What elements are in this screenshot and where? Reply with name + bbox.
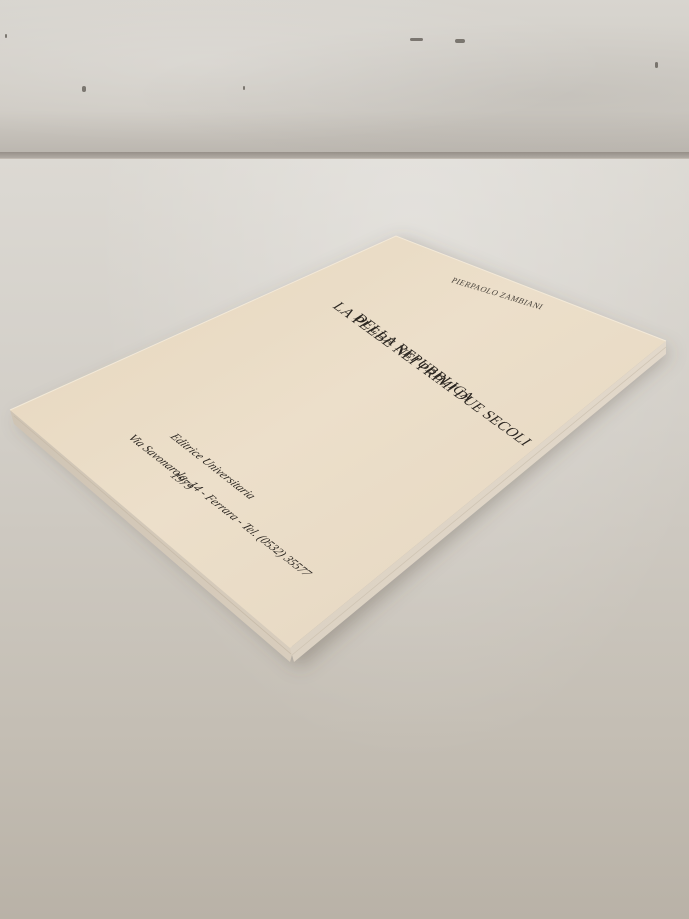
photo-scene: PIERPAOLO ZAMBIANI LA PLEBE NEI PRIMI DU… [0, 0, 689, 919]
book [0, 0, 689, 919]
book-cover [10, 236, 666, 648]
